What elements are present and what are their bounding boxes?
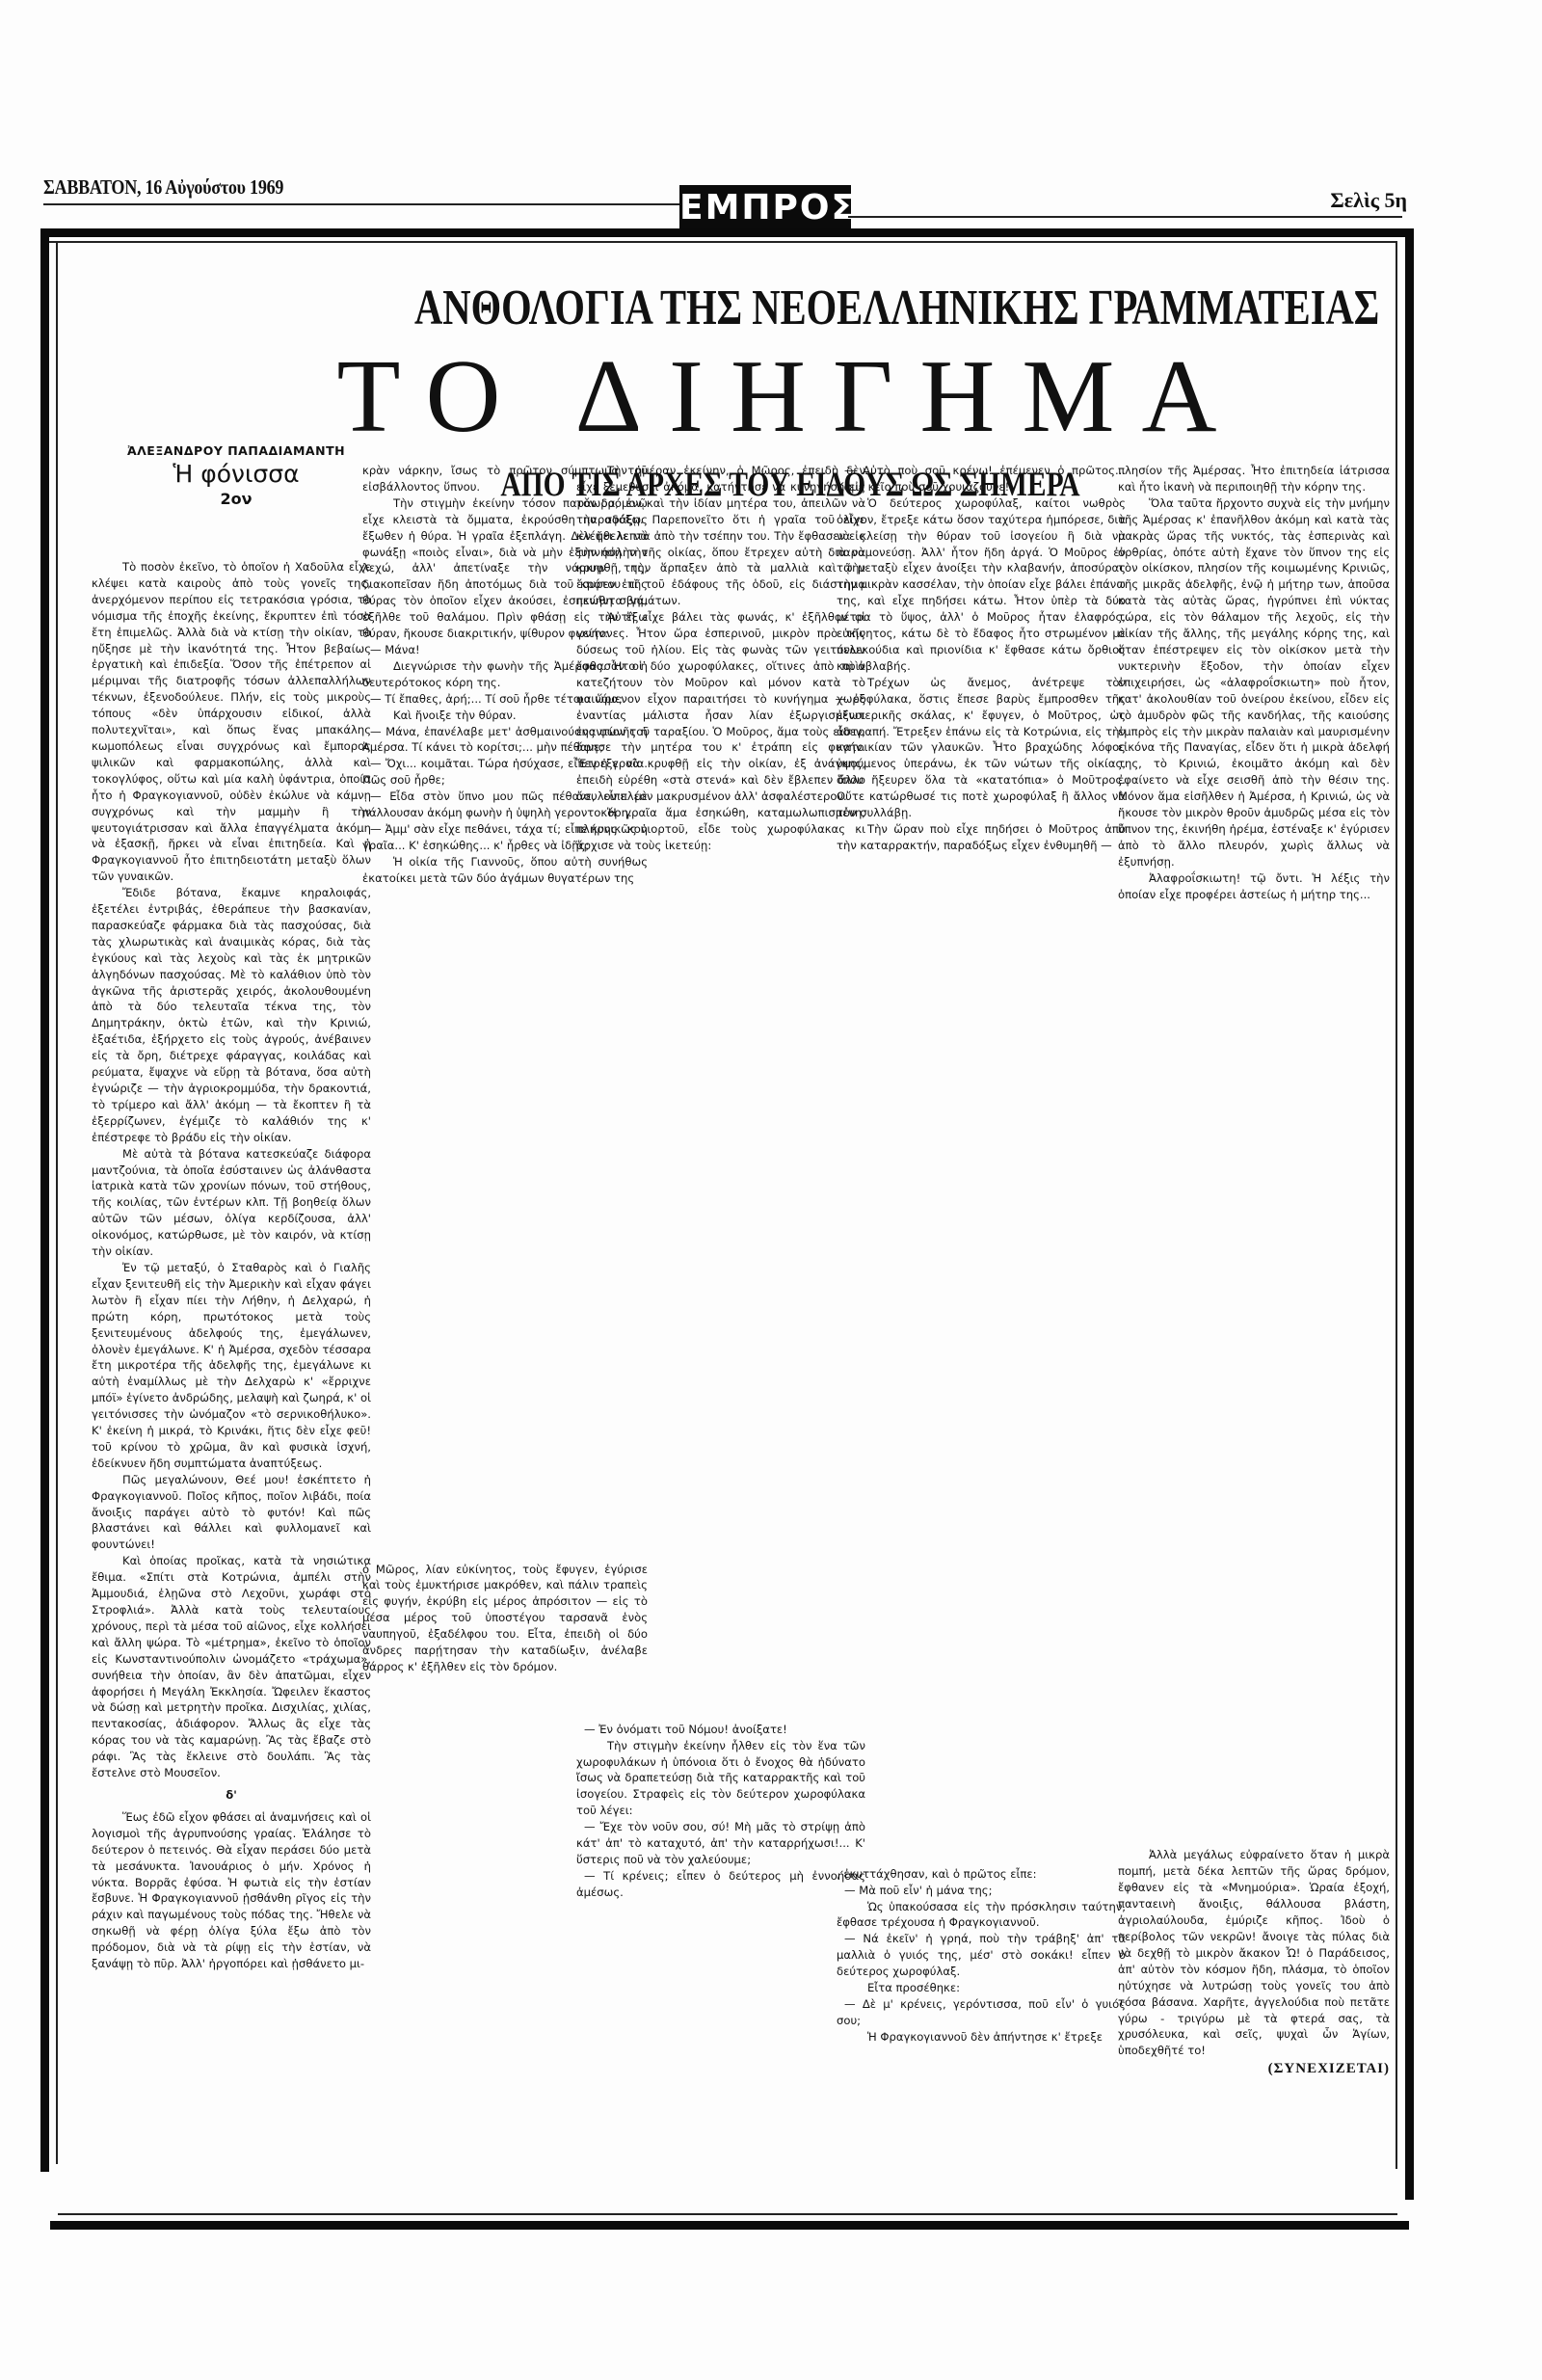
installment-label: 2ον <box>96 490 376 508</box>
continued-label: (ΣΥΝΕΧΙΖΕΤΑΙ) <box>1268 2061 1390 2076</box>
paragraph: Πῶς μεγαλώνουν, Θεέ μου! ἐσκέπτετο ἡ Φρα… <box>92 1472 371 1554</box>
paragraph: Αὐτὴ εἶχε βάλει τὰς φωνάς, κ' ἐξῆλθον οἱ… <box>576 609 865 805</box>
dialogue-line: — Μὰ ποῦ εἶν' ἡ μάνα της; <box>837 1883 1126 1899</box>
paragraph: Τὴν ὥραν ποὺ εἶχε πηδήσει ὁ Μοῦτρος ἀπὸ … <box>837 821 1126 854</box>
paragraph: Ἐν τῷ μεταξύ, ὁ Σταθαρὸς καὶ ὁ Γιαλῆς εἶ… <box>92 1260 371 1472</box>
dialogue-line: — Νά ἐκεῖν' ἡ γρηά, ποὺ τὴν τράβηξ' ἀπ' … <box>837 1931 1126 1980</box>
frame-inner-rule-bottom <box>58 2213 1397 2215</box>
frame-border-left <box>40 228 49 2172</box>
paragraph: Ὅλα ταῦτα ἤρχοντο συχνὰ εἰς τὴν μνήμην τ… <box>1118 495 1390 870</box>
page-number: Σελὶς 5η <box>1330 188 1407 213</box>
story-byline: ἈΛΕΞΑΝΔΡΟΥ ΠΑΠΑΔΙΑΜΑΝΤΗ Ἡ φόνισσα 2ον <box>96 443 376 508</box>
frame-border-right <box>1405 228 1414 2200</box>
paragraph: Τὴν ἡμέραν ἐκείνην, ὁ Μῶρος, ἐπειδὴ δὲν … <box>576 463 865 609</box>
paragraph: Ἔδιδε βότανα, ἔκαμνε κηραλοιφάς, ἐξετέλε… <box>92 885 371 1146</box>
continued-label-wrap: (ΣΥΝΕΧΙΖΕΤΑΙ) <box>1118 2061 1390 2077</box>
frame-inner-rule-right <box>1396 241 1397 2169</box>
paragraph: Ἕως ἐδῶ εἶχον φθάσει αἱ ἀναμνήσεις καὶ ο… <box>92 1809 371 1972</box>
feature-title: ΤΟ ΔΙΗΓΗΜΑ <box>308 344 1272 450</box>
paragraph: πλησίον τῆς Ἀμέρσας. Ἦτο ἐπιτηδεία ἰάτρι… <box>1118 463 1390 495</box>
masthead: ΣΑΒΒΑΤΟΝ, 16 Αὐγούστου 1969 ΕΜΠΡΟΣ Σελὶς… <box>43 159 1407 212</box>
dialogue-line: — Δὲ μ' κρένεις, γερόντισσα, ποῦ εἶν' ὁ … <box>837 1996 1126 2029</box>
paragraph: Ὡς ὑπακούσασα εἰς τὴν πρόσκλησιν ταύτην,… <box>837 1899 1126 1932</box>
dialogue-line: — Ἔχε τὸν νοῦν σου, σύ! Μὴ μᾶς τὸ στρίψῃ… <box>576 1819 865 1868</box>
paragraph: Τὴν στιγμὴν ἐκείνην ἦλθεν εἰς τὸν ἕνα τῶ… <box>576 1738 865 1820</box>
issue-date: ΣΑΒΒΑΤΟΝ, 16 Αὐγούστου 1969 <box>43 175 283 200</box>
paragraph: Ἀλαφροΐσκιωτη! τῷ ὄντι. Ἡ λέξις τὴν ὁποί… <box>1118 870 1390 903</box>
section-marker: δ' <box>92 1787 371 1804</box>
dialogue-line: — Αὐτὸ ποὺ σοῦ κρένω! ἐπέμενεν ὁ πρῶτος.… <box>837 463 1126 495</box>
masthead-rule-right <box>848 216 1402 218</box>
frame-border-bottom <box>50 2221 1409 2230</box>
dialogue-line: — Ἐν ὀνόματι τοῦ Νόμου! ἀνοίξατε! <box>576 1722 865 1738</box>
paragraph: Μὲ αὐτὰ τὰ βότανα κατεσκεύαζε διάφορα μα… <box>92 1146 371 1260</box>
paragraph: Ἡ γραῖα ἅμα ἐσηκώθη, καταμωλωπισμένη, πλ… <box>576 805 865 854</box>
paragraph: Ἀλλὰ μεγάλως εὐφραίνετο ὅταν ἡ μικρὰ πομ… <box>1118 1847 1390 2059</box>
newspaper-logo: ΕΜΠΡΟΣ <box>679 185 851 230</box>
text-column-1: Τὸ ποσὸν ἐκεῖνο, τὸ ὁποῖον ἡ Χαδοῦλα εἶχ… <box>92 559 371 1972</box>
frame-border-top <box>40 228 1409 237</box>
paragraph: Ἡ Φραγκογιαννοῦ δὲν ἀπήντησε κ' ἔτρεξε <box>837 2029 1126 2046</box>
frame-inner-rule-top <box>48 241 1397 243</box>
dialogue-line: — Τί κρένεις; εἶπεν ὁ δεύτερος μὴ ἐννοήσ… <box>576 1868 865 1901</box>
paragraph: Ὁ δεύτερος χωροφύλαξ, καίτοι νωθρὸς ὀλίγ… <box>837 495 1126 675</box>
author-name: ἈΛΕΞΑΝΔΡΟΥ ΠΑΠΑΔΙΑΜΑΝΤΗ <box>96 443 376 458</box>
frame-inner-rule-left <box>56 241 58 2164</box>
paragraph: Τρέχων ὡς ἄνεμος, ἀνέτρεψε τὸν χωροφύλακ… <box>837 675 1126 821</box>
paragraph: Εἶτα προσέθηκε: <box>837 1980 1126 1996</box>
paragraph: Τὸ ποσὸν ἐκεῖνο, τὸ ὁποῖον ἡ Χαδοῦλα εἶχ… <box>92 559 371 885</box>
text-column-4: — Αὐτὸ ποὺ σοῦ κρένω! ἐπέμενεν ὁ πρῶτος.… <box>837 463 1126 2046</box>
text-column-3: Τὴν ἡμέραν ἐκείνην, ὁ Μῶρος, ἐπειδὴ δὲν … <box>576 463 865 1901</box>
story-title: Ἡ φόνισσα <box>96 460 376 488</box>
series-title: ΑΝΘΟΛΟΓΙΑ ΤΗΣ ΝΕΟΕΛΛΗΝΙΚΗΣ ΓΡΑΜΜΑΤΕΙΑΣ <box>414 280 1166 336</box>
text-column-5: πλησίον τῆς Ἀμέρσας. Ἦτο ἐπιτηδεία ἰάτρι… <box>1118 463 1390 2077</box>
paragraph: , ἐκυττάχθησαν, καὶ ὁ πρῶτος εἶπε: <box>837 1866 1126 1883</box>
paragraph: Καὶ ὁποίας προῖκας, κατὰ τὰ νησιώτικα ἔθ… <box>92 1553 371 1781</box>
masthead-rule-left <box>43 203 679 205</box>
